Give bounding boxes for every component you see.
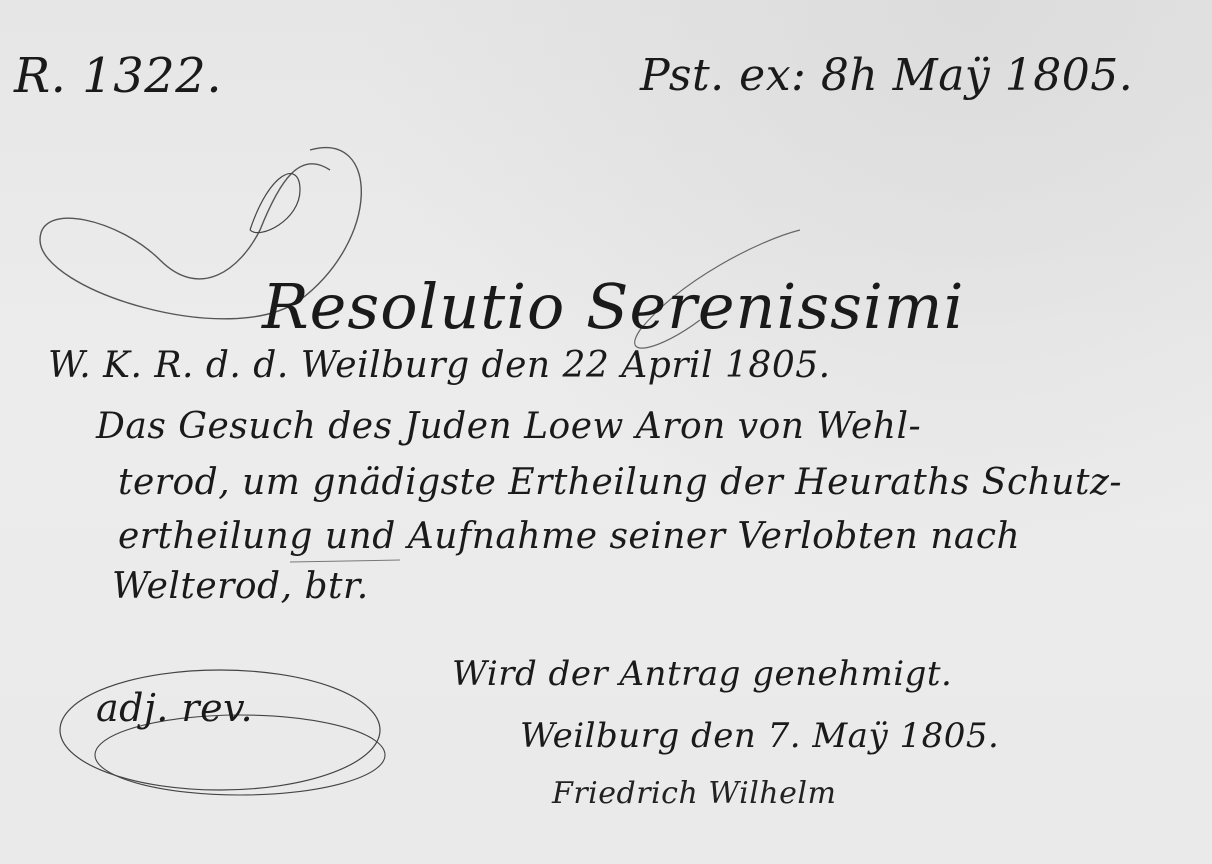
header-date: Pst. ex: 8h Maÿ 1805. xyxy=(640,50,1133,101)
signature: Friedrich Wilhelm xyxy=(552,776,836,811)
document-page: R. 1322. Pst. ex: 8h Maÿ 1805. Resolutio… xyxy=(0,0,1212,864)
reference-number: R. 1322. xyxy=(14,48,222,104)
body-line: W. K. R. d. d. Weilburg den 22 April 180… xyxy=(48,345,831,386)
body-line: ertheilung und Aufnahme seiner Verlobten… xyxy=(118,516,1020,557)
decision-line: Weilburg den 7. Maÿ 1805. xyxy=(520,716,999,756)
body-line: terod, um gnädigste Ertheilung der Heura… xyxy=(118,462,1122,503)
body-line: Das Gesuch des Juden Loew Aron von Wehl- xyxy=(96,406,921,447)
body-line: Welterod, btr. xyxy=(112,566,369,607)
decision-line: Wird der Antrag genehmigt. xyxy=(452,654,952,694)
margin-annotation: adj. rev. xyxy=(96,686,253,730)
document-title: Resolutio Serenissimi xyxy=(262,270,964,343)
